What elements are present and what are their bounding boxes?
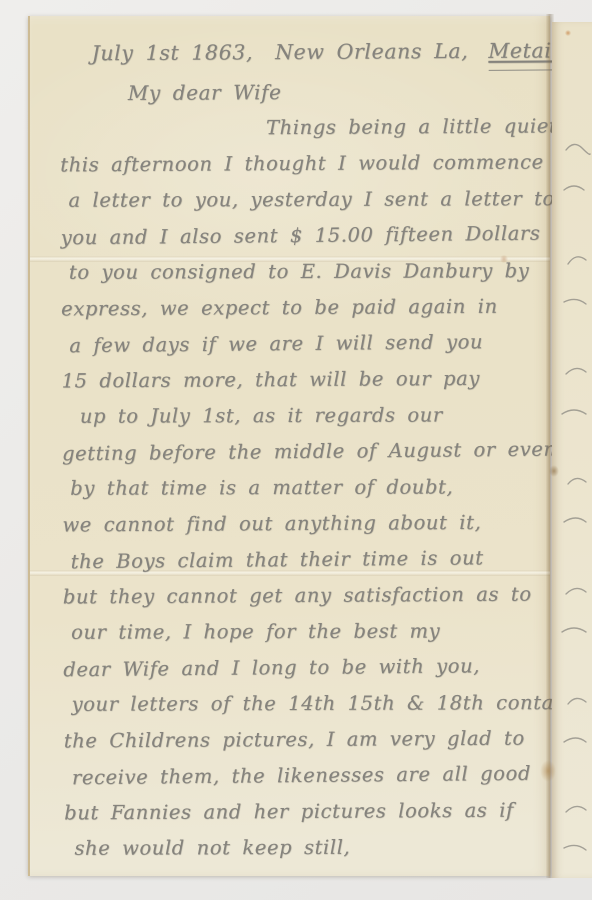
- letter-heading: July 1st 1863, New Orleans La, Metairie …: [91, 32, 543, 73]
- letter-line: receive them, the likenesses are all goo…: [72, 756, 548, 797]
- photo-of-letter: July 1st 1863, New Orleans La, Metairie …: [0, 0, 592, 900]
- letter-line: but they cannot get any satisfaction as …: [63, 576, 547, 615]
- letter-line: you and I also sent $ 15.00 fifteen Doll…: [61, 216, 545, 257]
- letter-line: this afternoon I thought I would commenc…: [60, 144, 544, 183]
- letter-line: our time, I hope for the best my: [71, 613, 547, 651]
- letter-line: we cannot find out anything about it,: [62, 504, 546, 543]
- page2-writing-fragments: [552, 22, 592, 878]
- letter-opening-line: Things being a little quiet: [266, 108, 544, 146]
- letter-line: the Childrens pictures, I am very glad t…: [64, 720, 548, 759]
- letter-body: this afternoon I thought I would commenc…: [44, 144, 548, 867]
- letter-line: a letter to you, yesterday I sent a lett…: [68, 181, 544, 219]
- letter-line: she would not keep still,: [74, 829, 548, 867]
- letter-line: dear Wife and I long to be with you,: [63, 648, 547, 689]
- letter-line: your letters of the 14th 15th & 18th con…: [71, 685, 547, 723]
- letter-place: New Orleans La,: [275, 33, 468, 70]
- letter-line: 15 dollars more, that will be our pay: [61, 360, 545, 399]
- letter-page-1: July 1st 1863, New Orleans La, Metairie …: [28, 16, 550, 876]
- letter-page-2-edge: [552, 22, 592, 878]
- letter-line: getting before the middle of August or e…: [62, 432, 546, 473]
- letter-line: the Boys claim that their time is out: [71, 540, 547, 581]
- handwritten-text: July 1st 1863, New Orleans La, Metairie …: [43, 32, 548, 867]
- letter-line: but Fannies and her pictures looks as if: [64, 792, 548, 831]
- letter-line: up to July 1st, as it regards our: [80, 397, 546, 435]
- letter-line: to you consigned to E. Davis Danbury by: [69, 253, 545, 291]
- letter-salutation: My dear Wife: [128, 72, 544, 111]
- letter-date: July 1st 1863,: [91, 34, 253, 71]
- letter-line: by that time is a matter of doubt,: [70, 469, 546, 507]
- letter-line: a few days if we are I will send you: [69, 324, 545, 365]
- letter-line: express, we expect to be paid again in: [61, 288, 545, 327]
